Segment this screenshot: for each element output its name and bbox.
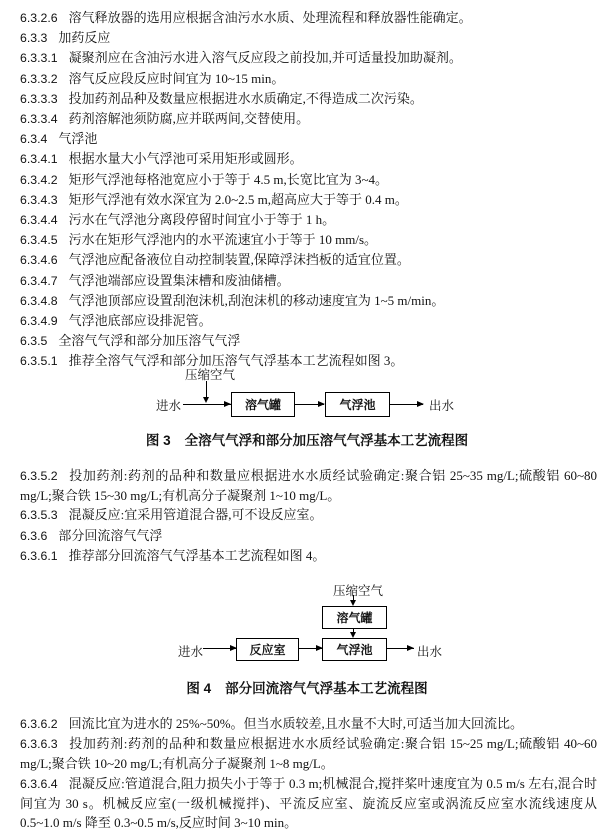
clause-number: 6.3.4 xyxy=(20,132,47,146)
arrowhead-right-icon xyxy=(417,401,424,407)
arrowhead-right-icon xyxy=(224,401,231,407)
clause-text: 药剂溶解池须防腐,应并联两间,交替使用。 xyxy=(69,111,310,126)
clause-6-3-3: 6.3.3加药反应 xyxy=(20,28,597,48)
figure-number: 图 3 xyxy=(146,433,171,448)
flotation-tank-box: 气浮池 xyxy=(325,392,390,417)
clause-text: 污水在矩形气浮池内的水平流速宜小于等于 10 mm/s。 xyxy=(69,232,377,247)
clause-block-bottom: 6.3.6.2回流比宜为进水的 25%~50%。但当水质较差,且水量不大时,可适… xyxy=(20,714,597,832)
clause-6-3-4-2: 6.3.4.2矩形气浮池每格池宽应小于等于 4.5 m,长宽比宜为 3~4。 xyxy=(20,170,597,190)
outlet-label: 出水 xyxy=(417,642,442,660)
clause-6-3-3-1: 6.3.3.1凝聚剂应在含油污水进入溶气反应段之前投加,并可适量投加助凝剂。 xyxy=(20,48,597,68)
clause-number: 6.3.3 xyxy=(20,31,47,45)
clause-text: 投加药剂品种及数量应根据进水水质确定,不得造成二次污染。 xyxy=(69,91,423,106)
box-label: 气浮池 xyxy=(336,641,372,658)
clause-number: 6.3.4.6 xyxy=(20,253,58,267)
clause-6-3-4-3: 6.3.4.3矩形气浮池有效水深宜为 2.0~2.5 m,超高应大于等于 0.4… xyxy=(20,190,597,210)
clause-number: 6.3.4.4 xyxy=(20,213,58,227)
clause-number: 6.3.4.7 xyxy=(20,274,58,288)
clause-text: 回流比宜为进水的 25%~50%。但当水质较差,且水量不大时,可适当加大回流比。 xyxy=(69,716,523,731)
compressed-air-label: 压缩空气 xyxy=(333,581,383,599)
clause-text: 根据水量大小气浮池可采用矩形或圆形。 xyxy=(69,151,303,166)
clause-text: 溶气反应段反应时间宜为 10~15 min。 xyxy=(69,71,285,86)
dissolved-air-tank-box: 溶气罐 xyxy=(231,392,295,417)
clause-number: 6.3.3.3 xyxy=(20,92,58,106)
clause-text: 气浮池应配备液位自动控制装置,保障浮沫挡板的适宜位置。 xyxy=(69,252,410,267)
dissolved-air-tank-box: 溶气罐 xyxy=(322,606,387,629)
clause-text: 矩形气浮池每格池宽应小于等于 4.5 m,长宽比宜为 3~4。 xyxy=(69,172,388,187)
clause-number: 6.3.3.4 xyxy=(20,112,58,126)
figure-4-flow-diagram: 压缩空气 溶气罐 进水 反应室 气浮池 出水 图 4部分回流溶气气浮基本工艺流程… xyxy=(0,580,614,700)
box-label: 溶气罐 xyxy=(245,396,281,413)
clause-text: 污水在气浮池分离段停留时间宜小于等于 1 h。 xyxy=(69,212,336,227)
outlet-label: 出水 xyxy=(429,396,454,414)
clause-number: 6.3.6.2 xyxy=(20,717,58,731)
clause-number: 6.3.4.5 xyxy=(20,233,58,247)
inlet-label: 进水 xyxy=(178,642,203,660)
clause-6-3-5-3: 6.3.5.3混凝反应:宜采用管道混合器,可不设反应室。 xyxy=(20,505,597,525)
arrowhead-down-icon xyxy=(203,397,209,403)
clause-text: 混凝反应:宜采用管道混合器,可不设反应室。 xyxy=(69,507,323,522)
arrowhead-right-icon xyxy=(407,645,414,651)
box-label: 反应室 xyxy=(249,641,285,658)
clause-text: 溶气释放器的选用应根据含油污水水质、处理流程和释放器性能确定。 xyxy=(69,10,472,25)
clause-text: 投加药剂:药剂的品种和数量应根据进水水质经试验确定:聚合铝 25~35 mg/L… xyxy=(20,468,597,503)
clause-number: 6.3.3.2 xyxy=(20,72,58,86)
clause-6-3-6-2: 6.3.6.2回流比宜为进水的 25%~50%。但当水质较差,且水量不大时,可适… xyxy=(20,714,597,734)
clause-text: 气浮池端部应设置集沫槽和废油储槽。 xyxy=(69,273,290,288)
clause-text: 气浮池底部应设排泥管。 xyxy=(69,313,212,328)
clause-number: 6.3.4.8 xyxy=(20,294,58,308)
clause-6-3-3-2: 6.3.3.2溶气反应段反应时间宜为 10~15 min。 xyxy=(20,69,597,89)
inlet-label: 进水 xyxy=(156,396,181,414)
clause-text: 气浮池 xyxy=(58,131,97,146)
arrowhead-right-icon xyxy=(318,401,325,407)
clause-6-3-6-1: 6.3.6.1推荐部分回流溶气气浮基本工艺流程如图 4。 xyxy=(20,546,597,566)
clause-6-3-4-7: 6.3.4.7气浮池端部应设置集沫槽和废油储槽。 xyxy=(20,271,597,291)
clause-number: 6.3.6 xyxy=(20,529,47,543)
clause-text: 气浮池顶部应设置刮泡沫机,刮泡沫机的移动速度宜为 1~5 m/min。 xyxy=(69,293,445,308)
compressed-air-label: 压缩空气 xyxy=(185,365,235,383)
clause-number: 6.3.4.1 xyxy=(20,152,58,166)
clause-6-3-5-2: 6.3.5.2投加药剂:药剂的品种和数量应根据进水水质经试验确定:聚合铝 25~… xyxy=(20,466,597,505)
clause-6-3-4-5: 6.3.4.5污水在矩形气浮池内的水平流速宜小于等于 10 mm/s。 xyxy=(20,230,597,250)
figure-4-caption: 图 4部分回流溶气气浮基本工艺流程图 xyxy=(0,677,614,697)
clause-text: 推荐部分回流溶气气浮基本工艺流程如图 4。 xyxy=(69,548,326,563)
clause-6-3-4-8: 6.3.4.8气浮池顶部应设置刮泡沫机,刮泡沫机的移动速度宜为 1~5 m/mi… xyxy=(20,291,597,311)
clause-number: 6.3.6.4 xyxy=(20,777,58,791)
clause-number: 6.3.4.2 xyxy=(20,173,58,187)
clause-number: 6.3.5.3 xyxy=(20,508,58,522)
figure-title: 全溶气气浮和部分加压溶气气浮基本工艺流程图 xyxy=(185,433,469,448)
figure-3-flow-diagram: 压缩空气 进水 溶气罐 气浮池 出水 图 3全溶气气浮和部分加压溶气气浮基本工艺… xyxy=(0,364,614,460)
document-page: 6.3.2.6溶气释放器的选用应根据含油污水水质、处理流程和释放器性能确定。 6… xyxy=(0,0,614,833)
clause-number: 6.3.5 xyxy=(20,334,47,348)
figure-number: 图 4 xyxy=(186,681,211,696)
clause-6-3-4: 6.3.4气浮池 xyxy=(20,129,597,149)
clause-6-3-4-4: 6.3.4.4污水在气浮池分离段停留时间宜小于等于 1 h。 xyxy=(20,210,597,230)
clause-text: 混凝反应:管道混合,阻力损失小于等于 0.3 m;机械混合,搅拌桨叶速度宜为 0… xyxy=(20,776,597,830)
reaction-chamber-box: 反应室 xyxy=(236,638,299,661)
clause-number: 6.3.6.3 xyxy=(20,737,58,751)
clause-number: 6.3.2.6 xyxy=(20,11,58,25)
clause-number: 6.3.4.9 xyxy=(20,314,58,328)
clause-number: 6.3.3.1 xyxy=(20,51,58,65)
clause-text: 矩形气浮池有效水深宜为 2.0~2.5 m,超高应大于等于 0.4 m。 xyxy=(69,192,408,207)
clause-number: 6.3.5.2 xyxy=(20,469,58,483)
clause-text: 全溶气气浮和部分加压溶气气浮 xyxy=(58,333,240,348)
clause-block-top: 6.3.2.6溶气释放器的选用应根据含油污水水质、处理流程和释放器性能确定。 6… xyxy=(20,8,597,372)
clause-6-3-2-6: 6.3.2.6溶气释放器的选用应根据含油污水水质、处理流程和释放器性能确定。 xyxy=(20,8,597,28)
clause-text: 凝聚剂应在含油污水进入溶气反应段之前投加,并可适量投加助凝剂。 xyxy=(69,50,462,65)
clause-6-3-4-6: 6.3.4.6气浮池应配备液位自动控制装置,保障浮沫挡板的适宜位置。 xyxy=(20,250,597,270)
box-label: 气浮池 xyxy=(339,396,375,413)
flotation-tank-box: 气浮池 xyxy=(322,638,387,661)
clause-6-3-6-3: 6.3.6.3投加药剂:药剂的品种和数量应根据进水水质经试验确定:聚合铝 15~… xyxy=(20,734,597,773)
flow-line xyxy=(206,381,207,397)
figure-3-caption: 图 3全溶气气浮和部分加压溶气气浮基本工艺流程图 xyxy=(0,429,614,449)
clause-number: 6.3.4.3 xyxy=(20,193,58,207)
clause-6-3-4-1: 6.3.4.1根据水量大小气浮池可采用矩形或圆形。 xyxy=(20,149,597,169)
clause-6-3-6: 6.3.6部分回流溶气气浮 xyxy=(20,526,597,546)
box-label: 溶气罐 xyxy=(336,609,372,626)
clause-6-3-5: 6.3.5全溶气气浮和部分加压溶气气浮 xyxy=(20,331,597,351)
clause-text: 投加药剂:药剂的品种和数量应根据进水水质经试验确定:聚合铝 15~25 mg/L… xyxy=(20,736,597,771)
figure-title: 部分回流溶气气浮基本工艺流程图 xyxy=(225,681,428,696)
clause-6-3-4-9: 6.3.4.9气浮池底部应设排泥管。 xyxy=(20,311,597,331)
clause-number: 6.3.6.1 xyxy=(20,549,58,563)
clause-6-3-3-4: 6.3.3.4药剂溶解池须防腐,应并联两间,交替使用。 xyxy=(20,109,597,129)
clause-block-middle: 6.3.5.2投加药剂:药剂的品种和数量应根据进水水质经试验确定:聚合铝 25~… xyxy=(20,466,597,566)
clause-6-3-6-4: 6.3.6.4混凝反应:管道混合,阻力损失小于等于 0.3 m;机械混合,搅拌桨… xyxy=(20,774,597,833)
clause-6-3-3-3: 6.3.3.3投加药剂品种及数量应根据进水水质确定,不得造成二次污染。 xyxy=(20,89,597,109)
clause-text: 部分回流溶气气浮 xyxy=(58,528,162,543)
clause-text: 加药反应 xyxy=(58,30,110,45)
